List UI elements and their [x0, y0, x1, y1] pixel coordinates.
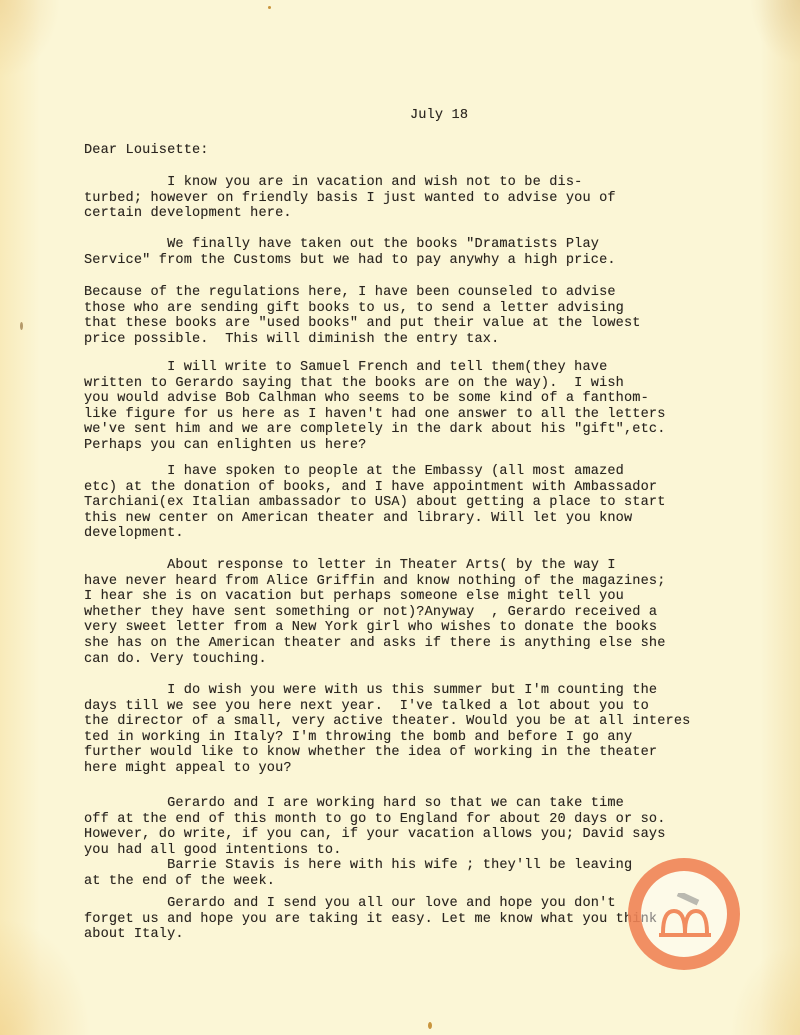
letter-line: she has on the American theater and asks… [84, 636, 666, 652]
letter-line: price possible. This will diminish the e… [84, 332, 499, 348]
letter-line: forget us and hope you are taking it eas… [84, 912, 657, 928]
letter-line: I hear she is on vacation but perhaps so… [84, 589, 624, 605]
letter-line: I do wish you were with us this summer b… [84, 683, 657, 699]
letter-line: Gerardo and I are working hard so that w… [84, 796, 624, 812]
letter-line: very sweet letter from a New York girl w… [84, 620, 657, 636]
letter-line: off at the end of this month to go to En… [84, 812, 666, 828]
letter-line: written to Gerardo saying that the books… [84, 376, 624, 392]
paper-mark [20, 322, 23, 330]
letter-line: you would advise Bob Calhman who seems t… [84, 391, 649, 407]
letter-line: we've sent him and we are completely in … [84, 422, 666, 438]
letter-line: However, do write, if you can, if your v… [84, 827, 666, 843]
letter-line: days till we see you here next year. I'v… [84, 699, 649, 715]
paper-fleck [268, 6, 271, 9]
letter-line: About response to letter in Theater Arts… [84, 558, 616, 574]
letter-line: development. [84, 526, 184, 542]
letter-date: July 18 [410, 108, 468, 124]
letter-line: at the end of the week. [84, 874, 275, 890]
letter-line: Perhaps you can enlighten us here? [84, 438, 366, 454]
letter-line: Because of the regulations here, I have … [84, 285, 616, 301]
letter-line: that these books are "used books" and pu… [84, 316, 641, 332]
letter-line: Tarchiani(ex Italian ambassador to USA) … [84, 495, 666, 511]
letter-line: I have spoken to people at the Embassy (… [84, 464, 624, 480]
letter-line: those who are sending gift books to us, … [84, 301, 624, 317]
letter-line: Barrie Stavis is here with his wife ; th… [84, 858, 632, 874]
letter-line: like figure for us here as I haven't had… [84, 407, 666, 423]
letter-line: you had all good intentions to. [84, 843, 342, 859]
letter-line: We finally have taken out the books "Dra… [84, 237, 599, 253]
letter-line: etc) at the donation of books, and I hav… [84, 480, 657, 496]
letter-line: turbed; however on friendly basis I just… [84, 191, 616, 207]
letter-line: further would like to know whether the i… [84, 745, 657, 761]
letter-line: about Italy. [84, 927, 184, 943]
letter-line: I know you are in vacation and wish not … [84, 175, 582, 191]
letter-line: have never heard from Alice Griffin and … [84, 574, 666, 590]
letter-line: I will write to Samuel French and tell t… [84, 360, 607, 376]
letter-line: this new center on American theater and … [84, 511, 632, 527]
letter-salutation: Dear Louisette: [84, 143, 209, 159]
library-stamp-icon [628, 858, 740, 970]
letter-line: certain development here. [84, 206, 292, 222]
letter-line: Service" from the Customs but we had to … [84, 253, 616, 269]
letter-line: whether they have sent something or not)… [84, 605, 657, 621]
letter-line: can do. Very touching. [84, 652, 267, 668]
letter-line: here might appeal to you? [84, 761, 292, 777]
paper-fleck [428, 1022, 432, 1029]
letter-line: Gerardo and I send you all our love and … [84, 896, 616, 912]
letter-line: ted in working in Italy? I'm throwing th… [84, 730, 632, 746]
letter-line: the director of a small, very active the… [84, 714, 690, 730]
letter-page: July 18 Dear Louisette: I know you are i… [0, 0, 800, 1035]
open-book-icon [657, 893, 713, 945]
